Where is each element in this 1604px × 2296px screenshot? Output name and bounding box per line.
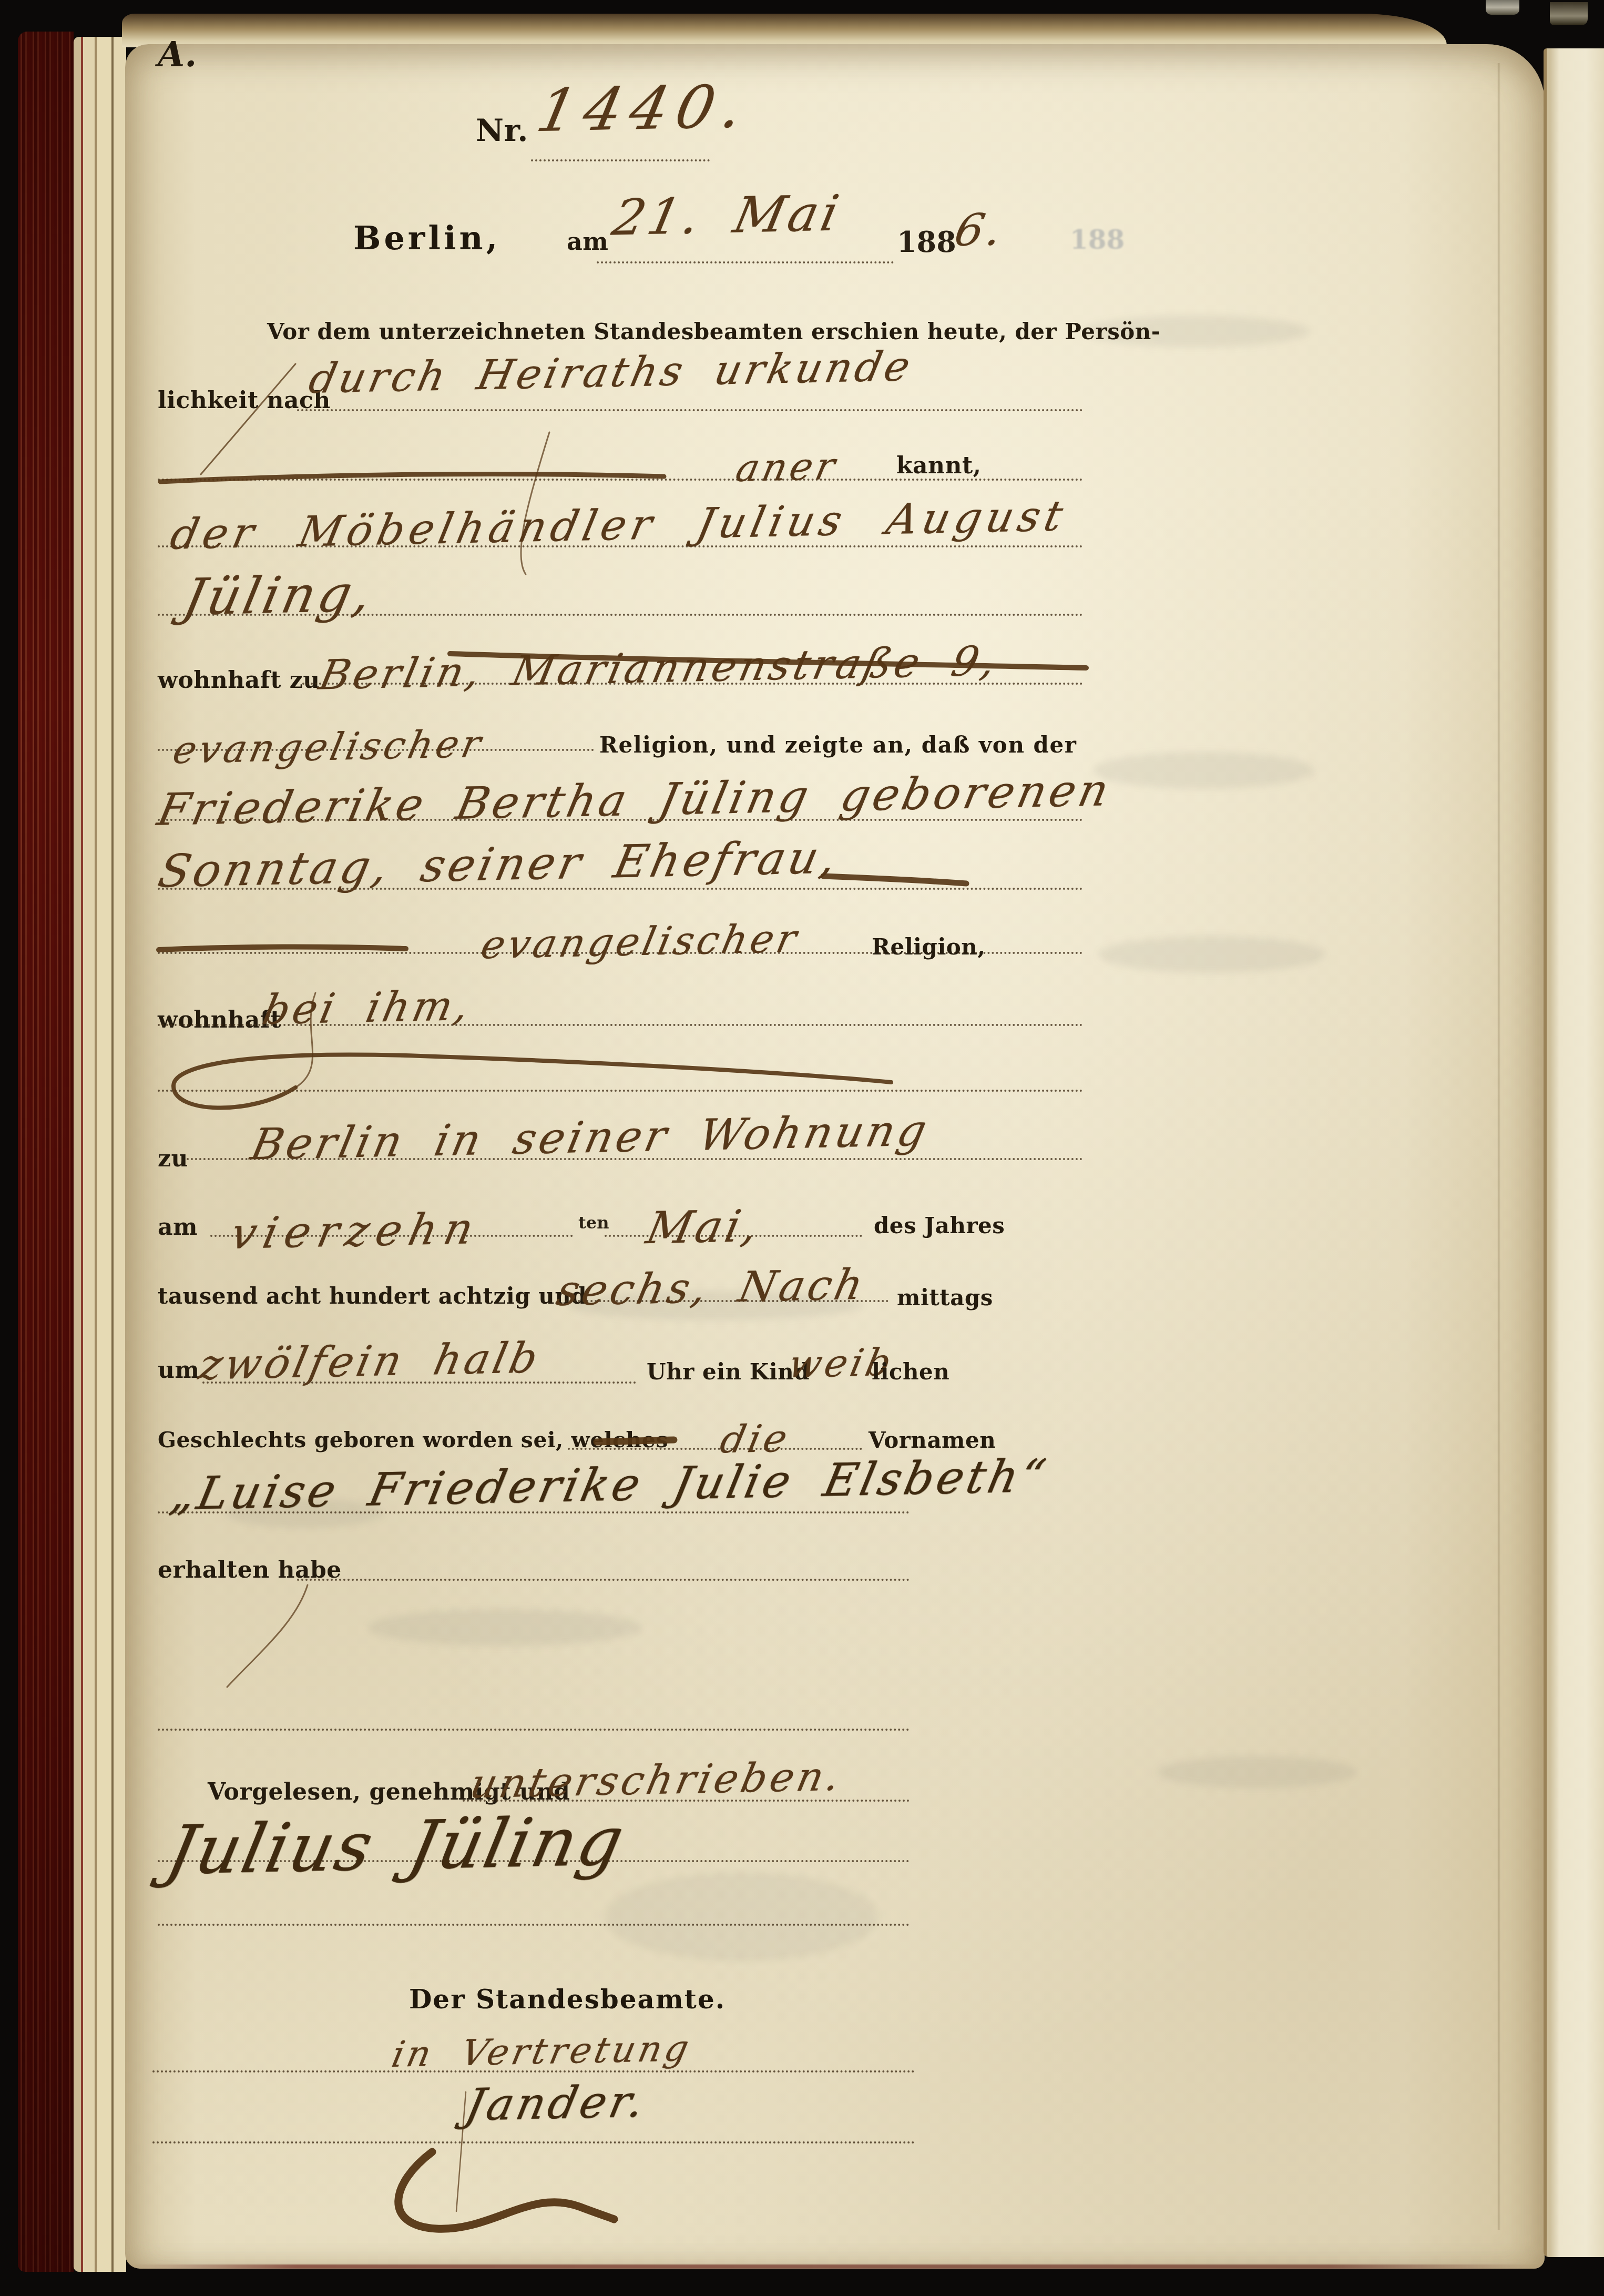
registrar-signature: Jander. xyxy=(461,2075,652,2130)
dotted-fill-line xyxy=(597,261,894,263)
binding-clasp-icon xyxy=(1486,0,1519,15)
closing-hand: unterschrieben. xyxy=(466,1753,847,1807)
birthday-hand: vierzehn xyxy=(227,1204,485,1259)
recognized-printed: kannt, xyxy=(896,452,982,479)
page-edge-stack xyxy=(74,37,126,2272)
vornamen-label: Vornamen xyxy=(869,1427,996,1453)
birthyear-hand: sechs, Nach xyxy=(553,1260,871,1315)
deputy-note-hand: in Vertretung xyxy=(388,2028,695,2076)
dateline-year-printed: 188 xyxy=(897,225,956,259)
mittags-label: mittags xyxy=(897,1285,993,1310)
bleed-through-mark xyxy=(1099,936,1325,973)
mother-religion-hand: evangelischer xyxy=(477,916,804,968)
book-spine-fore-edge xyxy=(18,32,74,2272)
religion-printed: Religion, und zeigte an, daß von der xyxy=(599,732,1077,758)
year-words-label: tausend acht hundert achtzig und xyxy=(158,1283,587,1309)
des-jahres-label: des Jahres xyxy=(874,1213,1005,1238)
page-crease xyxy=(1497,63,1500,2230)
mother-religion-printed: Religion, xyxy=(872,934,986,960)
page-bottom-edge xyxy=(127,2264,1541,2269)
dotted-fill-line xyxy=(297,409,1083,411)
top-page-edges xyxy=(122,14,1447,47)
birthdate-am-label: am xyxy=(158,1214,198,1241)
page-section-letter: A. xyxy=(158,34,197,75)
bleed-through-year: 188 xyxy=(1070,224,1125,255)
record-number-value: 1440. xyxy=(531,73,757,145)
next-page-edge xyxy=(1544,48,1604,2257)
residence-label: wohnhaft zu xyxy=(158,667,320,694)
bleed-through-mark xyxy=(1157,1756,1356,1788)
declarant-signature: Julius Jüling xyxy=(160,1802,632,1890)
registrar-title: Der Standesbeamte. xyxy=(409,1984,726,2015)
recognized-hand: aner xyxy=(732,444,842,490)
dateline-date-hand: 21. Mai xyxy=(608,185,847,247)
dotted-fill-line xyxy=(158,1924,910,1926)
gender-suffix-label: lichen xyxy=(872,1359,949,1385)
mother-residence-hand: bei ihm, xyxy=(259,982,476,1034)
declarant-religion-hand: evangelischer xyxy=(169,722,488,772)
binding-corner xyxy=(1550,2,1588,25)
bleed-through-mark xyxy=(1094,752,1314,789)
bleed-through-mark xyxy=(605,1872,878,1962)
dotted-fill-line xyxy=(568,1448,862,1450)
intro-line1: Vor dem unterzeichneten Standesbeamten e… xyxy=(267,319,1161,344)
bleed-through-mark xyxy=(368,1609,641,1646)
dotted-fill-line xyxy=(158,1090,1083,1092)
dateline-city: Berlin, xyxy=(353,219,500,257)
uhr-kind-label: Uhr ein Kind xyxy=(647,1359,810,1385)
dateline-am-label: am xyxy=(567,227,608,256)
birthtime-hand: zwölfein halb xyxy=(195,1333,545,1389)
dotted-fill-line xyxy=(531,159,710,161)
dotted-fill-line xyxy=(152,2141,915,2143)
declarant-surname-hand: Jüling, xyxy=(178,564,380,626)
time-um-label: um xyxy=(158,1357,200,1384)
dotted-fill-line xyxy=(297,1579,910,1581)
birth-register-scan: A. Nr. 1440. Berlin, am 21. Mai 188 6. 1… xyxy=(0,0,1604,2296)
record-number-label: Nr. xyxy=(476,113,528,148)
birthmonth-hand: Mai, xyxy=(642,1200,765,1254)
dotted-fill-line xyxy=(158,1729,910,1731)
ten-suffix-label: ten xyxy=(578,1213,609,1233)
birthplace-label: zu xyxy=(158,1145,188,1172)
